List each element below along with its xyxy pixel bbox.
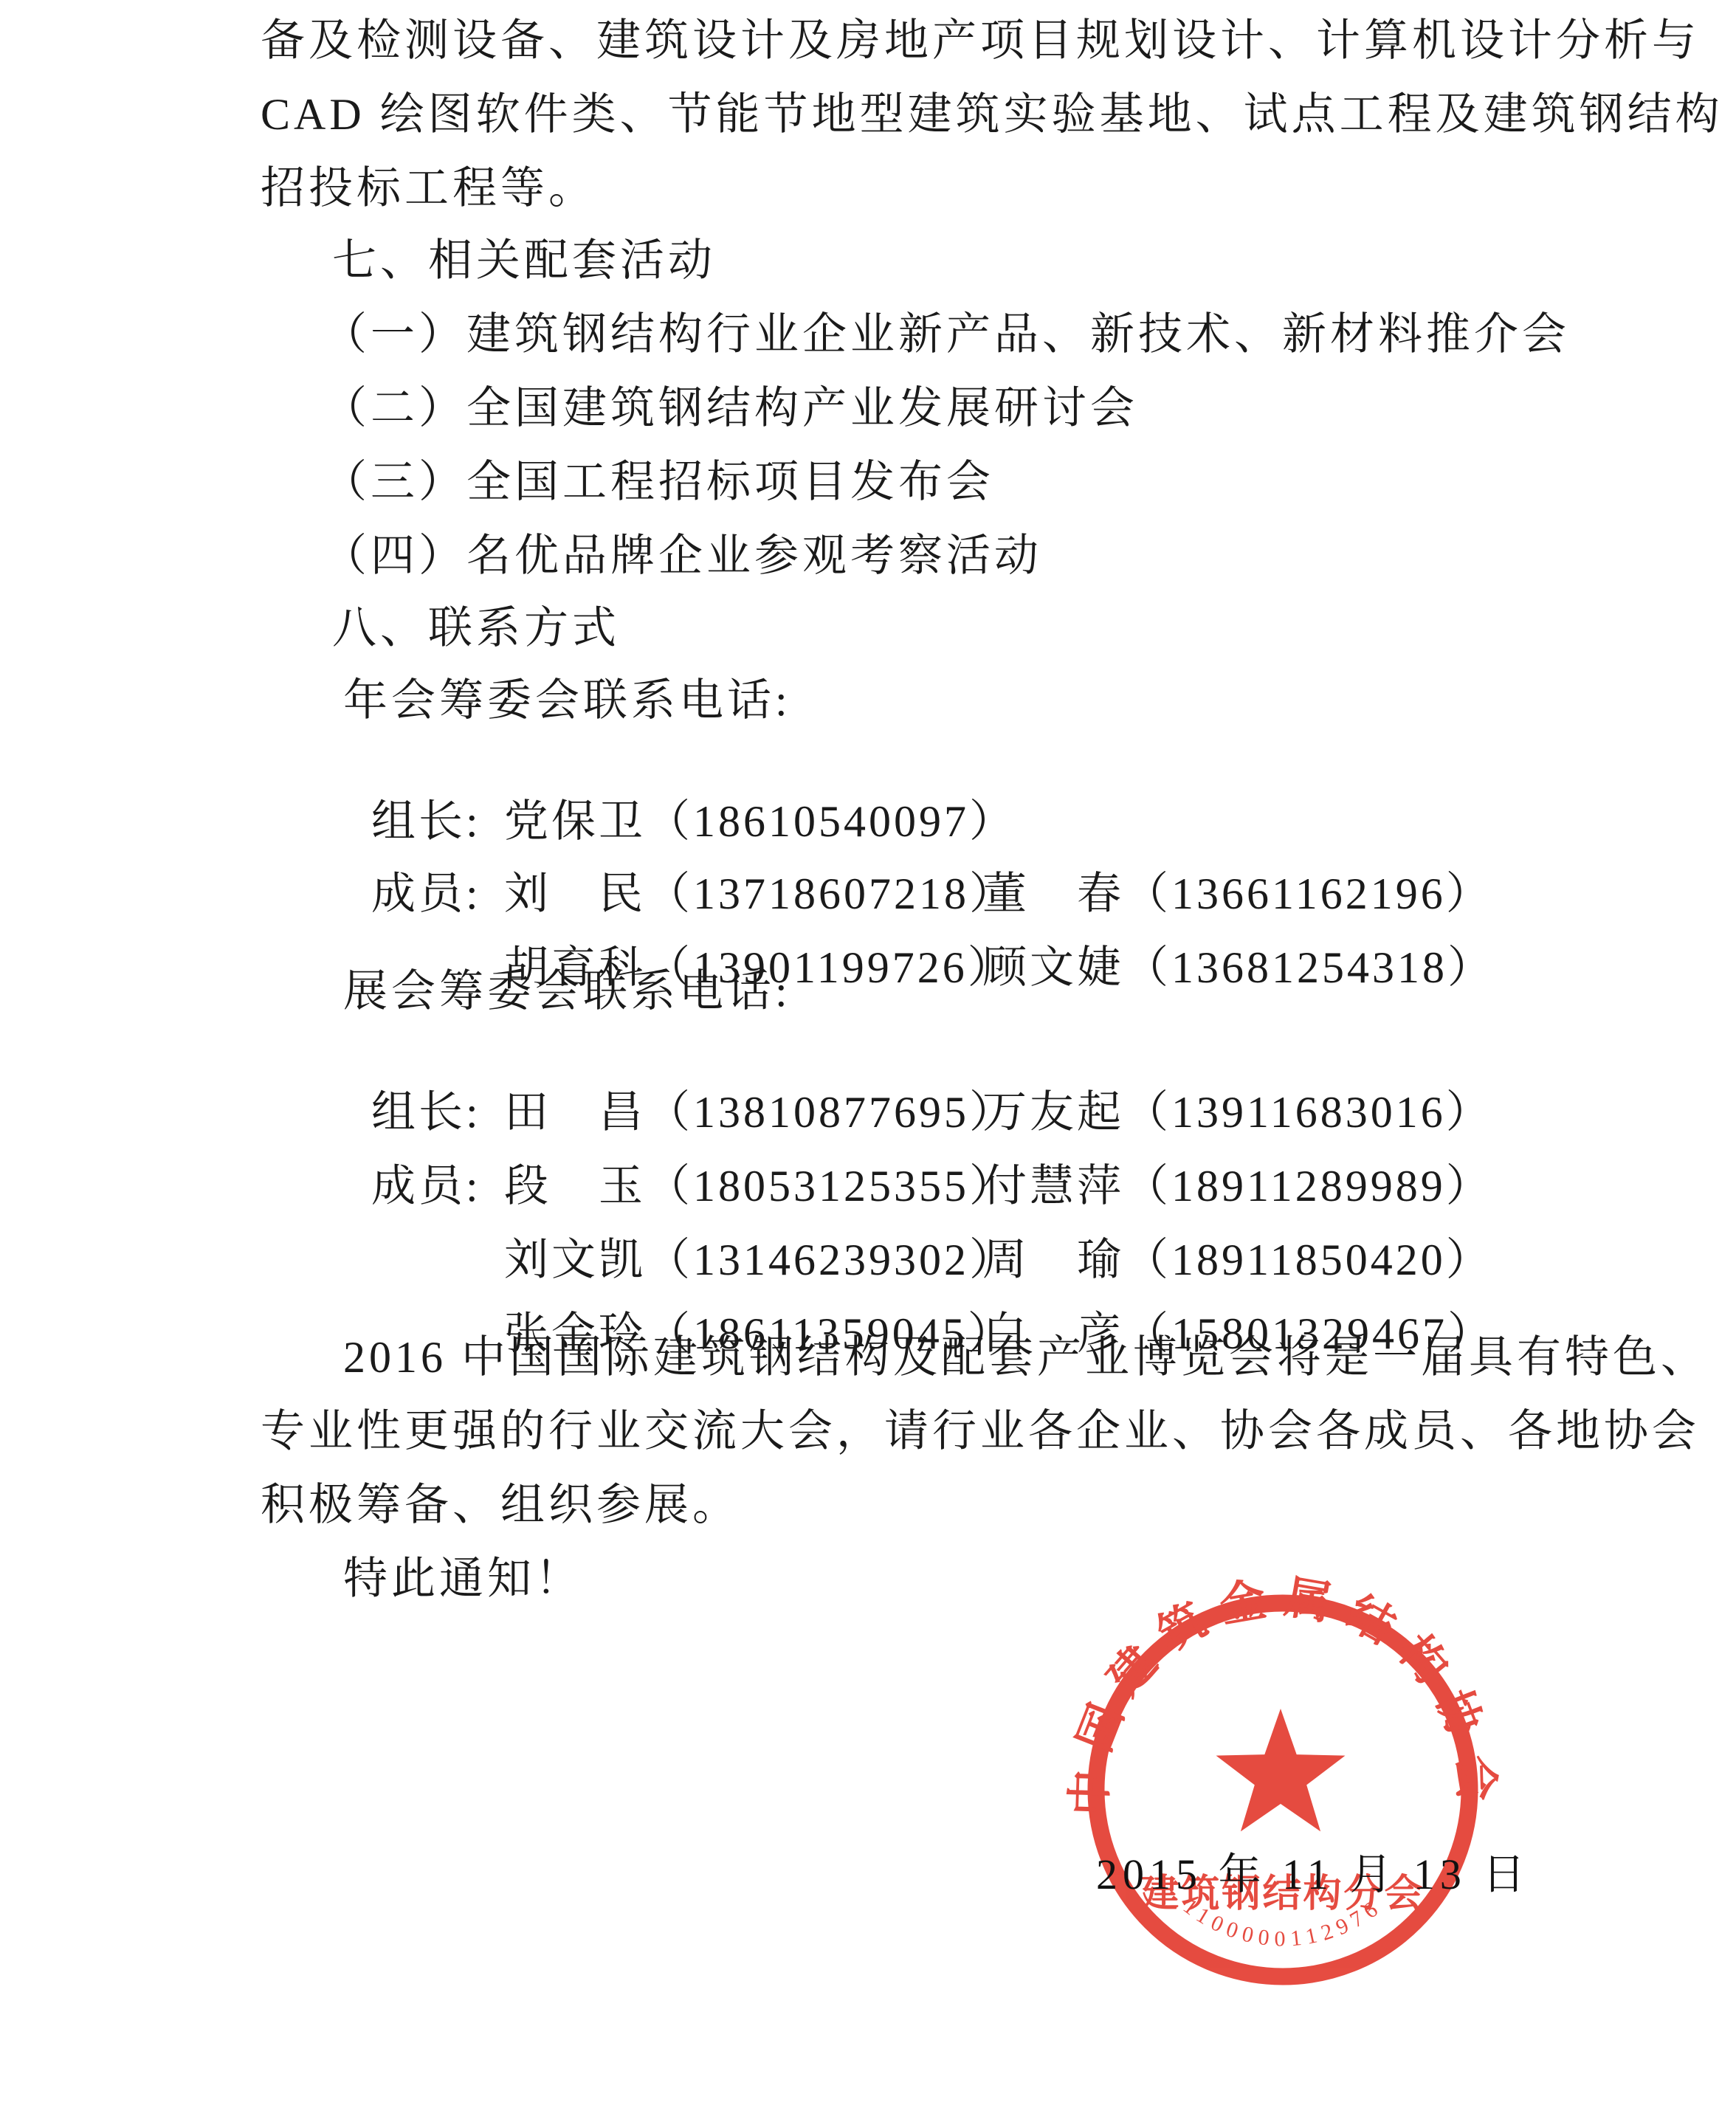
section-heading-activities: 七、相关配套活动	[332, 236, 716, 285]
date-text: 2015 年 11 月 13 日	[1096, 1839, 1530, 1901]
section-heading-contact: 八、联系方式	[332, 604, 620, 652]
closing-line: 专业性更强的行业交流大会，请行业各企业、协会各成员、各地协会	[261, 1407, 1700, 1455]
intro-line: 招投标工程等。	[261, 164, 596, 213]
official-seal: 中国建筑金属结构协会 建筑钢结构分会 1100000112976	[1061, 1568, 1504, 2011]
intro-line: 备及检测设备、建筑设计及房地产项目规划设计、计算机设计分析与	[261, 16, 1700, 65]
intro-line: CAD 绘图软件类、节能节地型建筑实验基地、试点工程及建筑钢结构	[261, 90, 1723, 139]
activity-item: （一）建筑钢结构行业企业新产品、新技术、新材料推介会	[323, 310, 1570, 359]
activity-item: （二）全国建筑钢结构产业发展研讨会	[323, 384, 1138, 433]
notice-line: 特此通知！	[343, 1554, 583, 1603]
seal-star-icon	[1216, 1709, 1346, 1831]
document-page: { "page": { "intro_lines": [ "备及检测设备、建筑设…	[0, 0, 1736, 2105]
annual-committee-title: 年会筹委会联系电话:	[343, 676, 791, 725]
contact-person: 顾文婕（13681254318）	[982, 943, 1495, 992]
closing-line: 积极筹备、组织参展。	[261, 1481, 740, 1529]
activity-item: （三）全国工程招标项目发布会	[323, 458, 994, 506]
expo-committee-title: 展会筹委会联系电话:	[343, 967, 791, 1016]
closing-line: 2016 中国国际建筑钢结构及配套产业博览会将是一届具有特色、	[343, 1333, 1709, 1382]
activity-item: （四）名优品牌企业参观考察活动	[323, 531, 1042, 580]
seal-graphic: 中国建筑金属结构协会 建筑钢结构分会 1100000112976	[1061, 1568, 1504, 2011]
